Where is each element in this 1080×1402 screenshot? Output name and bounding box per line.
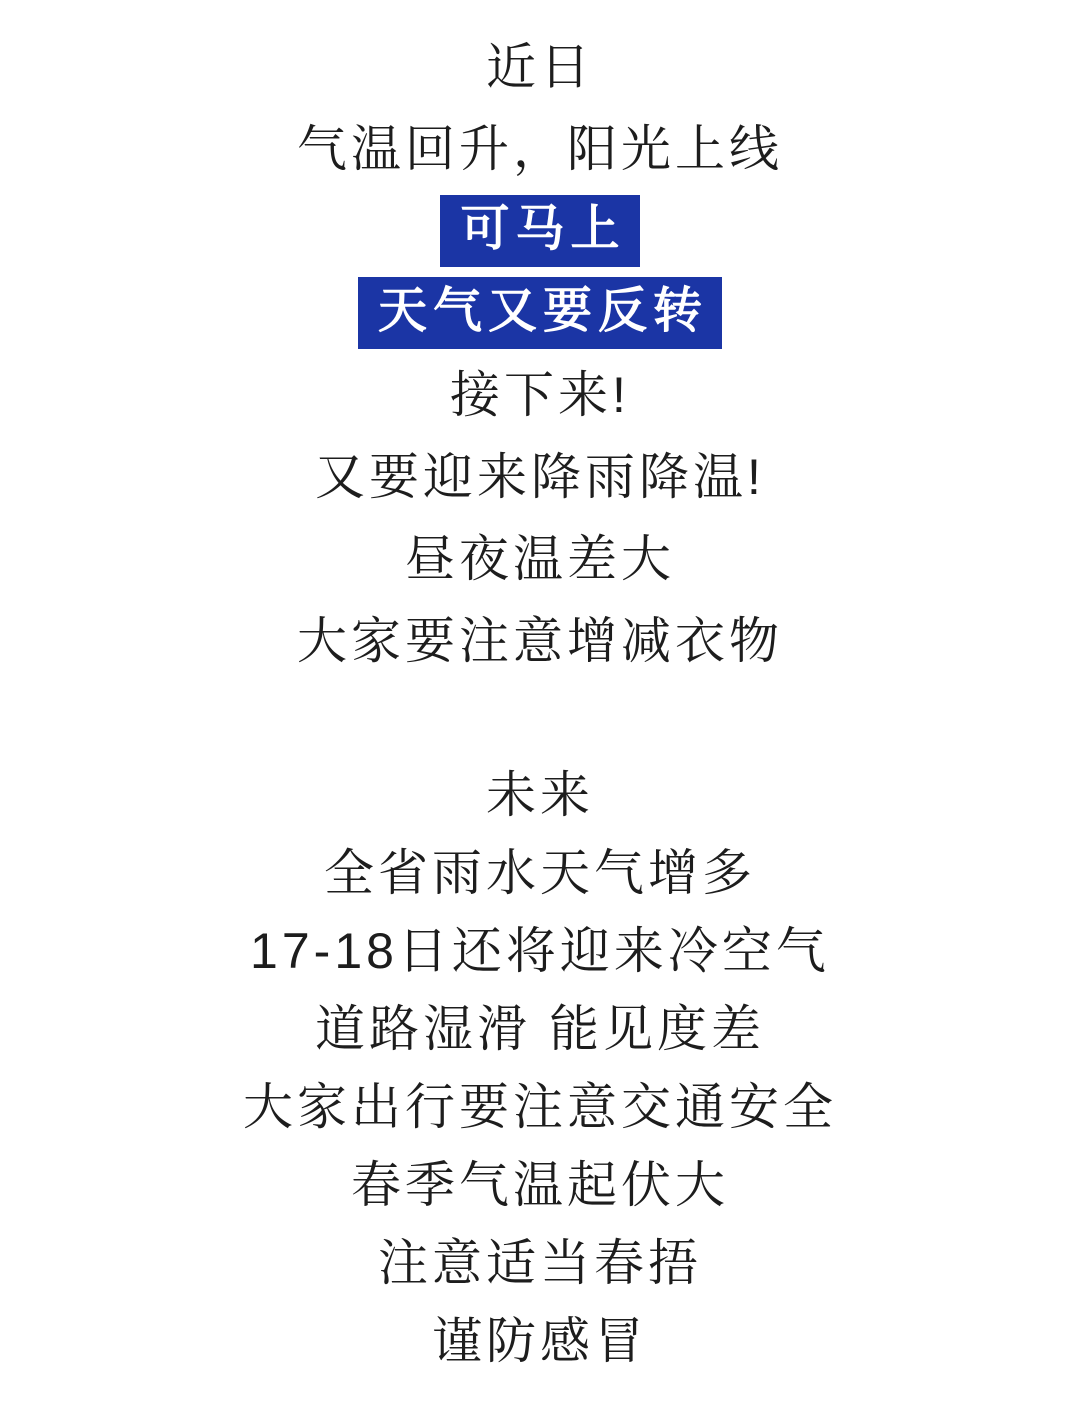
line-text: 未来 bbox=[486, 767, 594, 823]
text-line: 未来 bbox=[0, 756, 1080, 834]
text-line: 昼夜温差大 bbox=[0, 518, 1080, 600]
text-line: 春季气温起伏大 bbox=[0, 1146, 1080, 1224]
text-line: 气温回升，阳光上线 bbox=[0, 108, 1080, 190]
line-text: 全省雨水天气增多 bbox=[324, 845, 756, 901]
line-text: 注意适当春捂 bbox=[378, 1235, 702, 1291]
line-text: 昼夜温差大 bbox=[405, 531, 675, 587]
highlighted-line: 天气又要反转 bbox=[0, 272, 1080, 354]
line-text: 17-18日还将迎来冷空气 bbox=[250, 923, 830, 979]
weather-article-text-image: 近日 气温回升，阳光上线 可马上 天气又要反转 接下来! 又要迎来降雨降温! 昼… bbox=[0, 0, 1080, 1380]
text-line: 又要迎来降雨降温! bbox=[0, 436, 1080, 518]
highlighted-line-text: 可马上 bbox=[440, 195, 639, 267]
text-line: 大家要注意增减衣物 bbox=[0, 600, 1080, 682]
text-line: 大家出行要注意交通安全 bbox=[0, 1068, 1080, 1146]
highlighted-line: 可马上 bbox=[0, 190, 1080, 272]
text-line: 近日 bbox=[0, 26, 1080, 108]
line-text: 道路湿滑 能见度差 bbox=[315, 1001, 765, 1057]
line-text: 谨防感冒 bbox=[432, 1313, 648, 1369]
text-line: 接下来! bbox=[0, 354, 1080, 436]
highlighted-line-text: 天气又要反转 bbox=[358, 277, 722, 349]
text-line: 17-18日还将迎来冷空气 bbox=[0, 912, 1080, 990]
line-text: 大家要注意增减衣物 bbox=[297, 613, 783, 669]
line-text: 又要迎来降雨降温! bbox=[315, 449, 765, 505]
text-line: 谨防感冒 bbox=[0, 1302, 1080, 1380]
text-line: 道路湿滑 能见度差 bbox=[0, 990, 1080, 1068]
paragraph-future-outlook: 未来 全省雨水天气增多 17-18日还将迎来冷空气 道路湿滑 能见度差 大家出行… bbox=[0, 756, 1080, 1380]
line-text: 接下来! bbox=[450, 367, 630, 423]
text-line: 全省雨水天气增多 bbox=[0, 834, 1080, 912]
text-line: 注意适当春捂 bbox=[0, 1224, 1080, 1302]
line-text: 春季气温起伏大 bbox=[351, 1157, 729, 1213]
paragraph-weather-reversal: 近日 气温回升，阳光上线 可马上 天气又要反转 接下来! 又要迎来降雨降温! 昼… bbox=[0, 26, 1080, 682]
line-text: 大家出行要注意交通安全 bbox=[243, 1079, 837, 1135]
line-text: 近日 bbox=[486, 39, 594, 95]
line-text: 气温回升，阳光上线 bbox=[297, 121, 783, 177]
